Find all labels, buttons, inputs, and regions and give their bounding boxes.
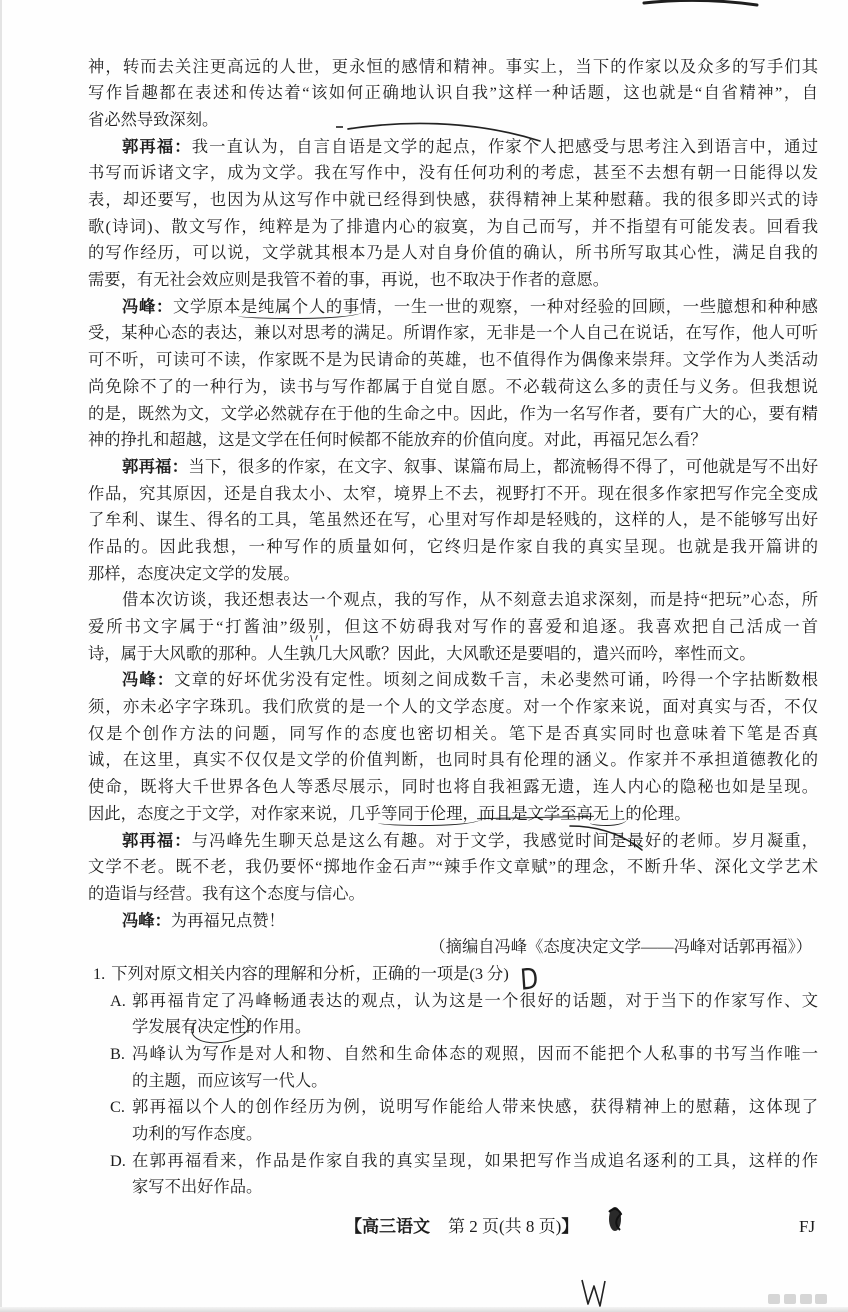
dialogue-line-feng: 冯峰：文学原本是纯属个人的事情，一生一世的观察，一种对经验的回顾，一些臆想和种种… <box>88 294 818 321</box>
line-text: 的是，既然为文，文学必然就存在于他的生命之中。因此，作为一名写作者，要有广大的心… <box>88 404 818 423</box>
line-text: 可不听，可读可不读，作家既不是为民请命的英雄，也不值得作为偶像来崇拜。文学作为人… <box>88 350 818 369</box>
passage-line: 作品，究其原因，还是自我太小、太窄，境界上不去，视野打不开。现在很多作家把写作完… <box>88 481 818 508</box>
dialogue-line-feng: 冯峰：为再福兄点赞！ <box>88 908 818 935</box>
passage-line: 诚，在这里，真实不仅仅是文学的价值判断，也同时具有伦理的涵义。作家并不承担道德教… <box>88 747 818 774</box>
line-text: 省必然导致深刻。 <box>88 110 218 129</box>
pen-scribble-icon <box>582 1280 605 1306</box>
line-text: 须，亦未必字字珠玑。我们欣赏的是一个人的文学态度。对一个作家来说，面对真实与否，… <box>88 697 818 716</box>
handwritten-underline: 是纯属个人的事 <box>241 297 360 316</box>
line-text: 作品的。因此我想，一种写作的质量如何，它终归是作家自我的真实呈现。也就是我开篇讲… <box>88 537 818 556</box>
question-text: 下列对原文相关内容的理解和分析，正确的一项是(3 分) <box>111 964 509 983</box>
source-citation: （摘编自冯峰《态度决定文学——冯峰对话郭再福》） <box>88 934 818 961</box>
line-text: 诚，在这里，真实不仅仅是文学的价值判断，也同时具有伦理的涵义。作家并不承担道德教… <box>88 750 818 769</box>
passage-line: 歌(诗词)、散文写作，纯粹是为了排遣内心的寂寞，为自己而写，并不指望有可能发表。… <box>88 214 818 241</box>
line-text: 神的挣扎和超越，这是文学在任何时候都不能放弃的价值向度。对此，再福兄怎么看？ <box>88 430 707 449</box>
question-stem: 1.下列对原文相关内容的理解和分析，正确的一项是(3 分)D <box>88 961 818 988</box>
option-d: D.在郭再福看来，作品是作家自我的真实呈现，如果把写作当成追名逐利的工具，这样的… <box>88 1148 818 1175</box>
passage-line: 神，转而去关注更高远的人世，更永恒的感情和精神。事实上，当下的作家以及众多的写手… <box>88 54 818 81</box>
passage-line: 须，亦未必字字珠玑。我们欣赏的是一个人的文学态度。对一个作家来说，面对真实与否，… <box>88 694 818 721</box>
reading-passage: 神，转而去关注更高远的人世，更永恒的感情和精神。事实上，当下的作家以及众多的写手… <box>88 54 818 1202</box>
handwritten-circle: 决定性 <box>197 1017 246 1036</box>
passage-line: 表，却还要写，也因为从这写作中就已经得到快感，获得精神上某种慰藉。我的很多即兴式… <box>88 187 818 214</box>
passage-line: 了牟利、谋生、得名的工具，笔虽然还在写，心里对写作却是轻贱的，这样的人，是不能够… <box>88 507 818 534</box>
line-text: 那样，态度决定文学的发展。 <box>88 564 300 583</box>
line-text: 文章的好坏优劣没有定性。顷刻之间成数千言，未必斐然可诵，吟得一个字拈断数根 <box>174 670 818 689</box>
option-c: C.郭再福以个人的创作经历为例，说明写作能给人带来快感，获得精神上的慰藉，这体现… <box>88 1094 818 1121</box>
passage-line: 书写而诉诸文字，成为文学。我在写作中，没有任何功利的考虑，甚至不去想有朝一日能得… <box>88 160 818 187</box>
footer-page-number: 第 2 页(共 8 页) <box>448 1217 561 1236</box>
dialogue-line-feng: 冯峰：文章的好坏优劣没有定性。顷刻之间成数千言，未必斐然可诵，吟得一个字拈断数根 <box>88 667 818 694</box>
speaker-name: 郭再福： <box>122 457 188 476</box>
option-text: 的作用。 <box>246 1017 311 1036</box>
question-number: 1. <box>93 964 105 983</box>
line-text: 爱所书文字属于“打酱油”级 <box>88 617 308 636</box>
option-text: 家写不出好作品。 <box>132 1177 262 1196</box>
line-text: 受，某种心态的表达，兼以对思考的满足。所谓作家，无非是一个人自己在说话，在写作，… <box>88 323 818 342</box>
passage-line: 因此，态度之于文学，对作家来说，几乎等同于伦理，而且是文学至高无上的伦理。 <box>88 801 818 828</box>
speaker-name: 郭再福： <box>122 137 192 156</box>
option-letter: B. <box>88 1041 132 1068</box>
line-text: 的写作经历，可以说，文学就其根本乃是人对自身价值的确认，所书所写取其心性，满足自… <box>88 243 818 262</box>
passage-line: 神的挣扎和超越，这是文学在任何时候都不能放弃的价值向度。对此，再福兄怎么看？ <box>88 427 818 454</box>
line-text: 使命，既将大千世界各色人等悉尽展示，同时也将自我袒露无遗，连人内心的隐秘也如是呈… <box>88 777 818 796</box>
handwritten-answer: D <box>519 968 538 990</box>
handwritten-underline: 等同于伦理， <box>381 804 479 823</box>
scan-edge-bottom <box>0 1307 848 1312</box>
speaker-name: 冯峰： <box>122 911 171 930</box>
line-text: 作品，究其原因，还是自我太小、太窄，境界上不去，视野打不开。现在很多作家把写作完… <box>88 484 818 503</box>
handwritten-underline: 无上 <box>593 804 626 823</box>
option-letter: C. <box>88 1094 132 1121</box>
option-letter: D. <box>88 1148 132 1175</box>
option-b-continued: 的主题，而应该写一代人。 <box>88 1068 818 1095</box>
option-text: 冯峰认为写作是对人和物、自然和生命体态的观照，因而不能把个人私事的书写当作唯一 <box>132 1041 818 1068</box>
option-a-continued: 学发展有决定性的作用。 <box>88 1014 818 1041</box>
scan-edge-left <box>0 0 2 1312</box>
passage-line: 尚免除不了的一种行为，读书与写作都属于自觉自愿。不必载荷这么多的责任与义务。但我… <box>88 374 818 401</box>
passage-line: 可不听，可读可不读，作家既不是为民请命的英雄，也不值得作为偶像来崇拜。文学作为人… <box>88 347 818 374</box>
line-text: 的伦理。 <box>625 804 690 823</box>
speaker-name: 郭再福： <box>122 831 192 850</box>
ink-blot-icon <box>609 1207 621 1231</box>
watermark-icon <box>768 1294 827 1304</box>
option-d-continued: 家写不出好作品。 <box>88 1174 818 1201</box>
footer-bracket-open: 【 <box>345 1217 362 1236</box>
option-text: 学发展有 <box>132 1017 197 1036</box>
passage-line: 作品的。因此我想，一种写作的质量如何，它终归是作家自我的真实呈现。也就是我开篇讲… <box>88 534 818 561</box>
option-text: 的主题，而应该写一代人。 <box>132 1071 327 1090</box>
option-b: B.冯峰认为写作是对人和物、自然和生命体态的观照，因而不能把个人私事的书写当作唯… <box>88 1041 818 1068</box>
line-text: 文学原本 <box>173 297 241 316</box>
line-text: 诗，属于大风歌的那种。人生孰几大风歌？因此，大风歌还是要唱的，遣兴而吟，率性而文… <box>88 644 756 663</box>
option-letter: A. <box>88 988 132 1015</box>
footer-subject: 高三语文 <box>362 1217 430 1236</box>
dialogue-line-guo: 郭再福：我一直认为，自言自语是文学的起点，作家个人把感受与思考注入到语言中，通过 <box>88 134 818 161</box>
line-text: 因此，态度之于文学，对作家来说，几乎 <box>88 804 381 823</box>
line-text: 神，转而去关注更高远的人世，更永恒的感情和精神。事实上，当下的作家以及众多的写手… <box>88 57 818 76</box>
line-text: 借本次访谈，我还想表达一个观点，我的写作，从不刻意去追求深刻，而是持“把玩”心态… <box>122 590 818 609</box>
option-text: 功利的写作态度。 <box>132 1124 262 1143</box>
speaker-name: 冯峰： <box>122 297 173 316</box>
passage-line: 文学不老。既不老，我仍要怀“掷地作金石声”“辣手作文章赋”的理念，不断升华、深化… <box>88 854 818 881</box>
line-text: ，但这不妨碍我对写作的喜爱和追逐。我喜欢把自己活成一首 <box>326 617 818 636</box>
passage-line: 爱所书文字属于“打酱油”级别，但这不妨碍我对写作的喜爱和追逐。我喜欢把自己活成一… <box>88 614 818 641</box>
dialogue-line-guo: 郭再福：与冯峰先生聊天总是这么有趣。对于文学，我感觉时间是最好的老师。岁月凝重， <box>88 828 818 855</box>
line-text: 歌(诗词)、散文写作，纯粹是为了排遣内心的寂寞，为自己而写，并不指望有可能发表。… <box>88 217 818 236</box>
line-text: 了牟利、谋生、得名的工具，笔虽然还在写，心里对写作却是轻贱的，这样的人，是不能够… <box>88 510 818 529</box>
pen-arc-top-icon <box>644 0 757 5</box>
line-text: 仅是个创作方法的问题，同写作的态度也密切相关。笔下是否真实同时也意味着下笔是否真 <box>88 724 818 743</box>
handwritten-tick-mark: 别 <box>308 617 326 636</box>
passage-line: 的造诣与经营。我有这个态度与信心。 <box>88 881 818 908</box>
line-text: 情，一生一世的观察，一种对经验的回顾，一些臆想和种种感 <box>360 297 818 316</box>
edition-code: FJ <box>799 1214 815 1240</box>
passage-line: 仅是个创作方法的问题，同写作的态度也密切相关。笔下是否真实同时也意味着下笔是否真 <box>88 721 818 748</box>
passage-line: 使命，既将大千世界各色人等悉尽展示，同时也将自我袒露无遗，连人内心的隐秘也如是呈… <box>88 774 818 801</box>
line-text: 尚免除不了的一种行为，读书与写作都属于自觉自愿。不必载荷这么多的责任与义务。但我… <box>88 377 818 396</box>
exam-page: 神，转而去关注更高远的人世，更永恒的感情和精神。事实上，当下的作家以及众多的写手… <box>0 0 848 1312</box>
passage-line: 的是，既然为文，文学必然就存在于他的生命之中。因此，作为一名写作者，要有广大的心… <box>88 401 818 428</box>
dialogue-line-guo: 郭再福：当下，很多的作家，在文字、叙事、谋篇布局上，都流畅得不得了，可他就是写不… <box>88 454 818 481</box>
line-text: 需要，有无社会效应则是我管不着的事，再说，也不取决于作者的意愿。 <box>88 270 609 289</box>
line-text: 书写而诉诸文字，成为文学。我在写作中，没有任何功利的考虑，甚至不去想有朝一日能得… <box>88 163 818 182</box>
passage-line: 诗，属于大风歌的那种。人生孰几大风歌？因此，大风歌还是要唱的，遣兴而吟，率性而文… <box>88 641 818 668</box>
footer-bracket-close: 】 <box>561 1217 578 1236</box>
option-text: 郭再福肯定了冯峰畅通表达的观点，认为这是一个很好的话题，对于当下的作家写作、文 <box>132 988 818 1015</box>
passage-line: 写作旨趣都在表述和传达着“该如何正确地认识自我”这样一种话题，这也就是“自省精神… <box>88 80 818 107</box>
speaker-name: 冯峰： <box>122 670 174 689</box>
option-c-continued: 功利的写作态度。 <box>88 1121 818 1148</box>
line-text: 我一直认为，自言自语是文学的起点，作家个人把感受与思考注入到语言中，通过 <box>192 137 818 156</box>
option-text: 在郭再福看来，作品是作家自我的真实呈现，如果把写作当成追名逐利的工具，这样的作 <box>132 1148 818 1175</box>
line-text: 与冯峰先生聊天总是这么有趣。对于文学，我感觉时间是最好的老师。岁月凝重， <box>192 831 818 850</box>
handwritten-strike: 而且是文学至高 <box>479 804 593 823</box>
passage-line: 省必然导致深刻。 <box>88 107 818 134</box>
page-footer: 【高三语文第 2 页(共 8 页)】 <box>345 1214 578 1240</box>
option-a: A.郭再福肯定了冯峰畅通表达的观点，认为这是一个很好的话题，对于当下的作家写作、… <box>88 988 818 1015</box>
passage-line: 那样，态度决定文学的发展。 <box>88 561 818 588</box>
passage-line: 受，某种心态的表达，兼以对思考的满足。所谓作家，无非是一个人自己在说话，在写作，… <box>88 320 818 347</box>
line-text: 的造诣与经营。我有这个态度与信心。 <box>88 884 365 903</box>
option-text: 郭再福以个人的创作经历为例，说明写作能给人带来快感，获得精神上的慰藉，这体现了 <box>132 1094 818 1121</box>
line-text: 文学不老。既不老，我仍要怀“掷地作金石声”“辣手作文章赋”的理念，不断升华、深化… <box>88 857 818 876</box>
line-text: 为再福兄点赞！ <box>171 911 285 930</box>
line-text: 写作旨趣都在表述和传达着“该如何正确地认识自我”这样一种话题，这也就是“自省精神… <box>88 83 818 102</box>
line-text: 表，却还要写，也因为从这写作中就已经得到快感，获得精神上某种慰藉。我的很多即兴式… <box>88 190 818 209</box>
passage-line: 借本次访谈，我还想表达一个观点，我的写作，从不刻意去追求深刻，而是持“把玩”心态… <box>88 587 818 614</box>
line-text: 当下，很多的作家，在文字、叙事、谋篇布局上，都流畅得不得了，可他就是写不出好 <box>188 457 818 476</box>
passage-line: 的写作经历，可以说，文学就其根本乃是人对自身价值的确认，所书所写取其心性，满足自… <box>88 240 818 267</box>
passage-line: 需要，有无社会效应则是我管不着的事，再说，也不取决于作者的意愿。 <box>88 267 818 294</box>
